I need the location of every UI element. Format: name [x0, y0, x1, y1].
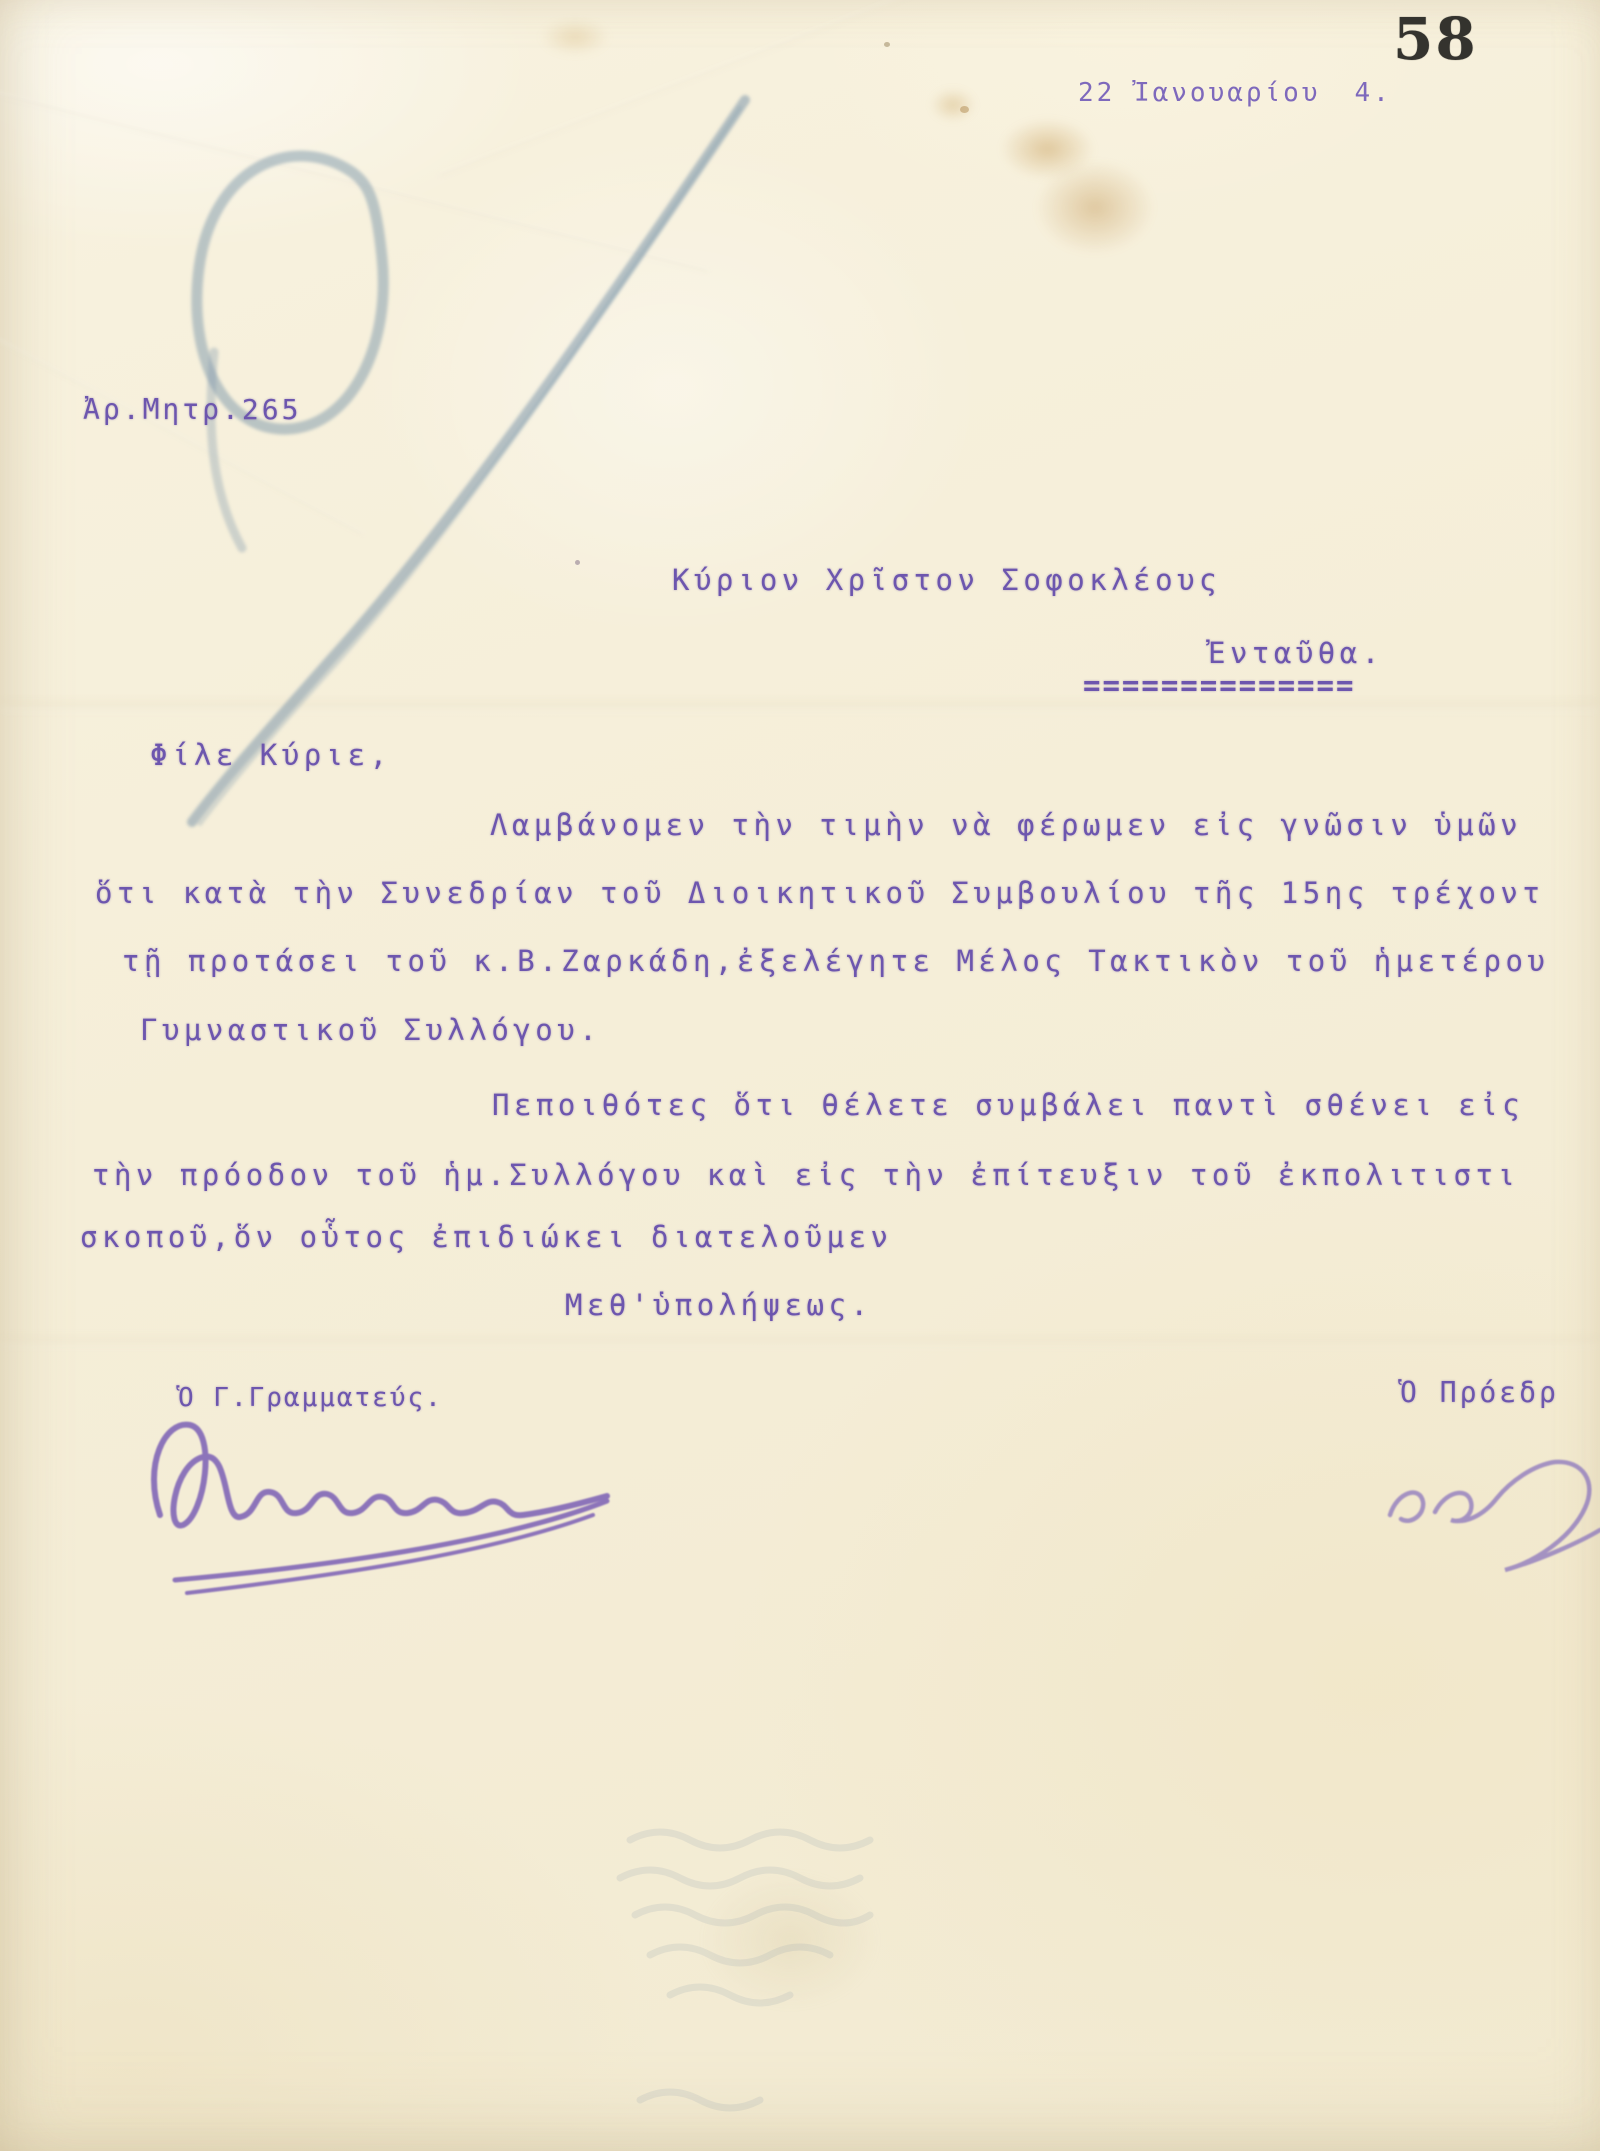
secretary-signature	[135, 1395, 675, 1605]
paper-fold-band	[0, 702, 1600, 711]
body-line: Γυμναστικοῦ Συλλόγου.	[140, 1013, 601, 1047]
page-number: 58	[1393, 5, 1478, 73]
body-line: ὅτι κατὰ τὴν Συνεδρίαν τοῦ Διοικητικοῦ Σ…	[95, 876, 1544, 910]
paper-speck	[575, 560, 580, 565]
paper-fold-band	[0, 1338, 1600, 1347]
president-title: Ὁ Πρόεδρ	[1400, 1376, 1559, 1409]
paper-stain	[700, 1870, 880, 2010]
date-line: 22 Ἰανουαρίου4.	[1078, 78, 1392, 108]
divider-line: ==============	[1083, 668, 1355, 702]
date-number: 4.	[1355, 78, 1392, 108]
salutation: Φίλε Κύριε,	[150, 738, 392, 772]
ink-stain	[540, 18, 610, 56]
paper-speck	[884, 42, 890, 47]
paper-crease	[439, 0, 982, 177]
ink-stain	[1035, 160, 1155, 255]
ink-stain	[930, 88, 976, 122]
body-line: σκοποῦ,ὅν οὗτος ἐπιδιώκει διατελοῦμεν	[80, 1220, 893, 1254]
recipient-name: Κύριον Χρῖστον Σοφοκλέους	[672, 563, 1221, 597]
body-line: τῇ προτάσει τοῦ κ.Β.Ζαρκάδη,ἐξελέγητε Μέ…	[122, 944, 1549, 978]
recipient-location: Ἐνταῦθα.	[1208, 636, 1384, 670]
scanned-letter-page: 58 22 Ἰανουαρίου4. Ἀρ.Μητρ.265 Κύριον Χρ…	[0, 0, 1600, 2151]
paper-speck	[960, 106, 969, 113]
body-line: Λαμβάνομεν τὴν τιμὴν νὰ φέρωμεν εἰς γνῶσ…	[490, 808, 1522, 842]
body-line: Πεποιθότες ὅτι θέλετε συμβάλει παντὶ σθέ…	[492, 1088, 1524, 1122]
body-line: τὴν πρόοδον τοῦ ἡμ.Συλλόγου καὶ εἰς τὴν …	[92, 1158, 1519, 1192]
paper-crease	[0, 81, 709, 273]
secretary-title: Ὁ Γ.Γραμματεύς.	[178, 1383, 443, 1413]
ink-stain	[1000, 118, 1095, 180]
registry-number: Ἀρ.Μητρ.265	[83, 393, 301, 426]
closing-phrase: Μεθ'ὑπολήψεως.	[565, 1288, 872, 1322]
president-signature	[1375, 1415, 1600, 1590]
date-day-month: 22 Ἰανουαρίου	[1078, 78, 1321, 108]
watermark-waves	[600, 1800, 930, 2130]
paper-crease	[0, 327, 365, 536]
